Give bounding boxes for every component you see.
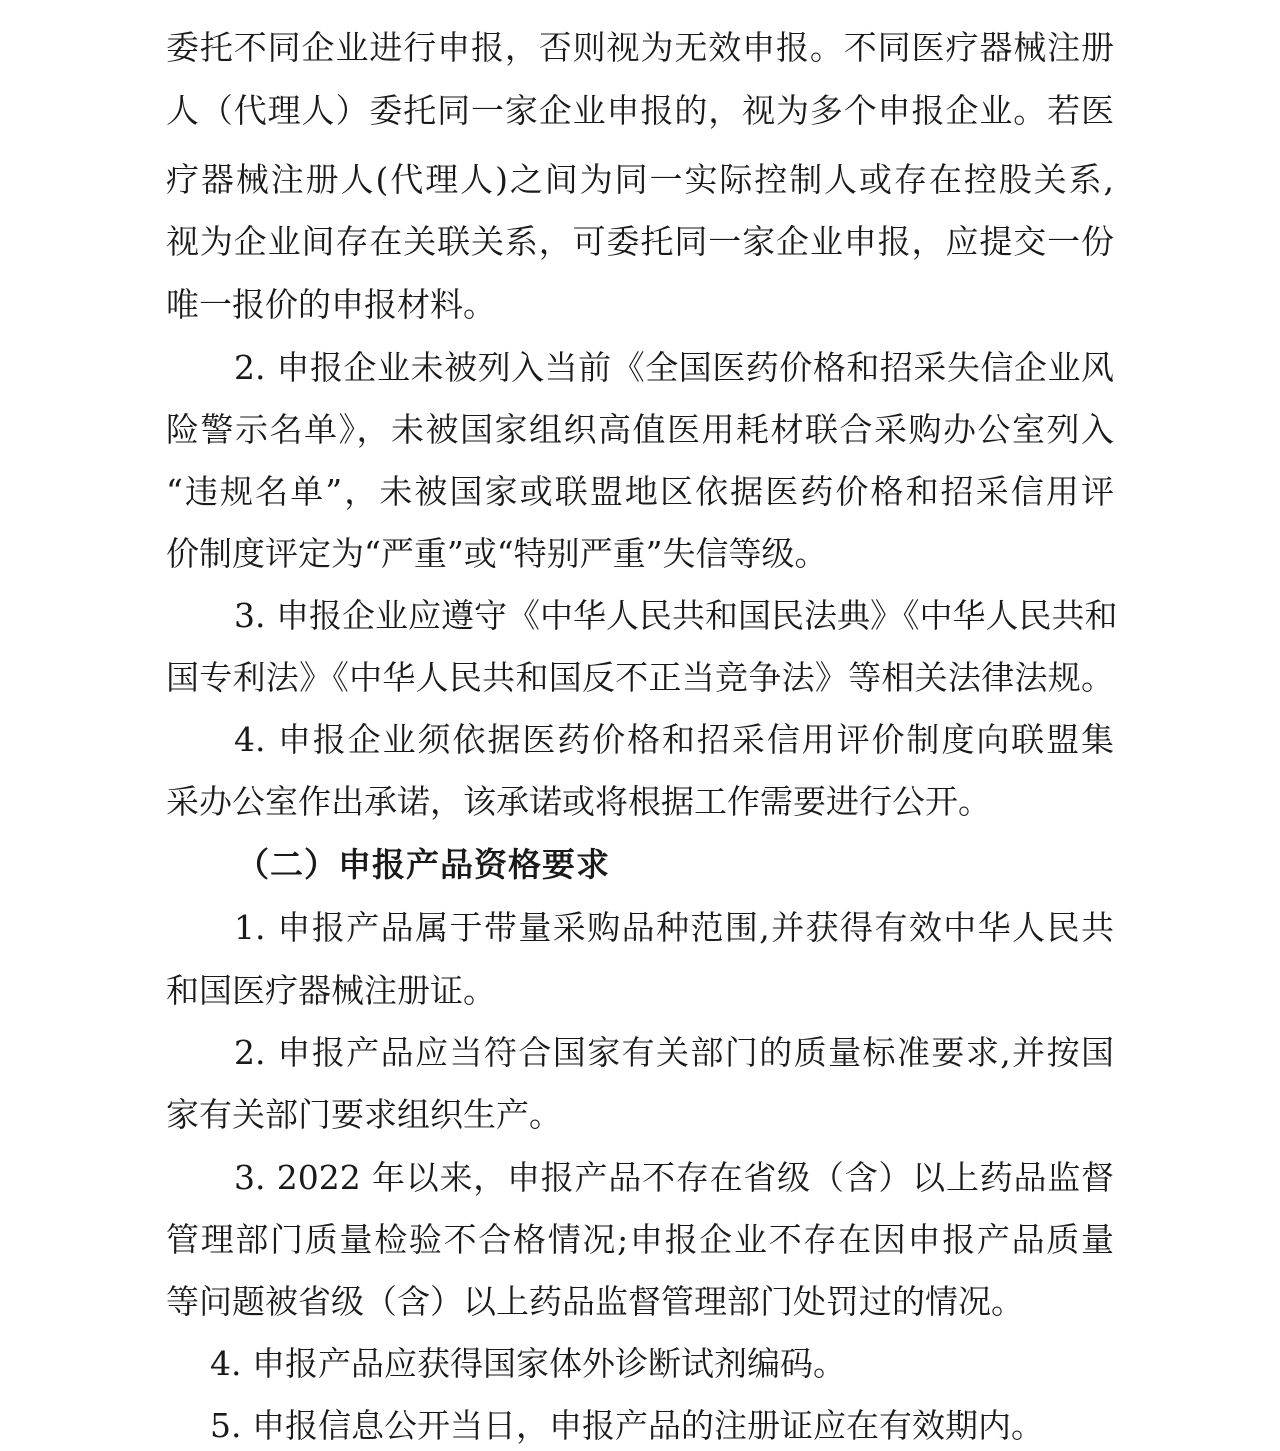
section-heading: （二）申报产品资格要求 [236,841,610,889]
paragraph-line: 视为企业间存在关联关系，可委托同一家企业申报，应提交一份 [166,218,1114,266]
paragraph-line: 2. 申报企业未被列入当前《全国医药价格和招采失信企业风 [234,344,1114,392]
paragraph-line: 险警示名单》，未被国家组织高值医用耗材联合采购办公室列入 [166,406,1114,454]
paragraph-line: 唯一报价的申报材料。 [166,281,1114,329]
paragraph-line: 2. 申报产品应当符合国家有关部门的质量标准要求,并按国 [234,1029,1114,1077]
paragraph-line: 委托不同企业进行申报，否则视为无效申报。不同医疗器械注册 [166,24,1114,72]
paragraph-line: 5. 申报信息公开当日，申报产品的注册证应在有效期内。 [210,1402,1114,1450]
paragraph-line: 4. 申报产品应获得国家体外诊断试剂编码。 [210,1340,1114,1388]
paragraph-line: 管理部门质量检验不合格情况;申报企业不存在因申报产品质量 [166,1216,1114,1264]
paragraph-line: “违规名单”，未被国家或联盟地区依据医药价格和招采信用评 [166,468,1114,516]
paragraph-line: 国专利法》《中华人民共和国反不正当竞争法》等相关法律法规。 [166,654,1114,702]
paragraph-line: 人（代理人）委托同一家企业申报的，视为多个申报企业。若医 [166,87,1114,135]
paragraph-line: 采办公室作出承诺，该承诺或将根据工作需要进行公开。 [166,778,1114,826]
document-page: 委托不同企业进行申报，否则视为无效申报。不同医疗器械注册 人（代理人）委托同一家… [0,0,1280,1451]
paragraph-line: 3. 2022 年以来，申报产品不存在省级（含）以上药品监督 [234,1154,1114,1202]
paragraph-line: 价制度评定为“严重”或“特别严重”失信等级。 [166,530,1114,578]
paragraph-line: 4. 申报企业须依据医药价格和招采信用评价制度向联盟集 [234,716,1114,764]
paragraph-line: 等问题被省级（含）以上药品监督管理部门处罚过的情况。 [166,1278,1114,1326]
paragraph-line: 3. 申报企业应遵守《中华人民共和国民法典》《中华人民共和 [234,592,1114,640]
paragraph-line: 1. 申报产品属于带量采购品种范围,并获得有效中华人民共 [234,904,1114,952]
paragraph-line: 疗器械注册人(代理人)之间为同一实际控制人或存在控股关系, [166,156,1114,204]
paragraph-line: 家有关部门要求组织生产。 [166,1091,1114,1139]
paragraph-line: 和国医疗器械注册证。 [166,967,1114,1015]
